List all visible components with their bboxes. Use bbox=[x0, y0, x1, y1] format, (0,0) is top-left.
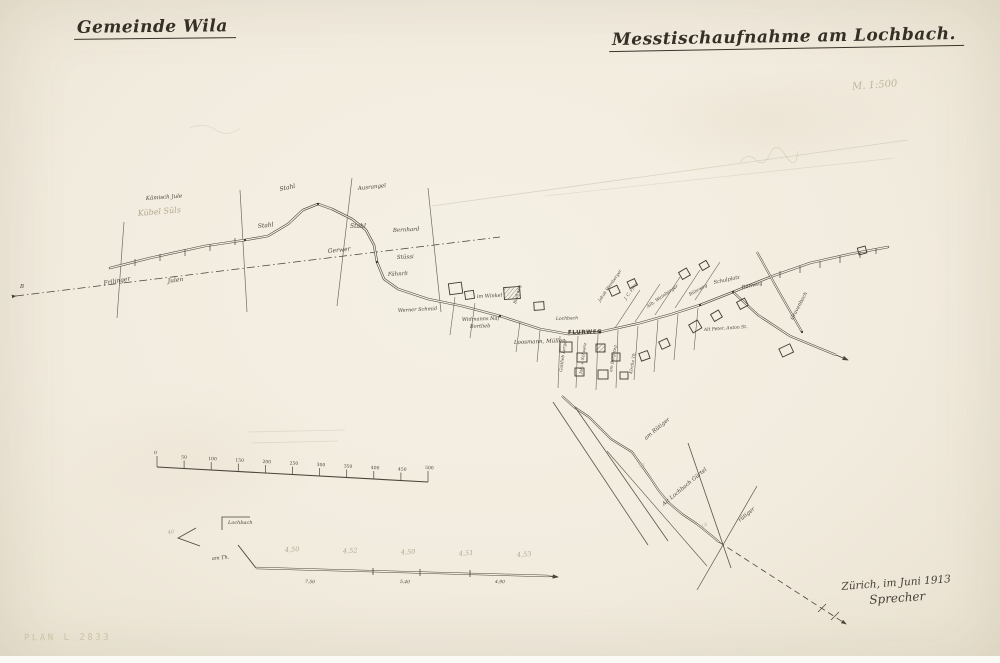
map-label: Gerwer bbox=[327, 246, 351, 255]
map-label: Stahl bbox=[279, 183, 296, 193]
map-label: am Bergsteg bbox=[608, 344, 618, 372]
map-label: 50 bbox=[181, 455, 187, 461]
map-label: 4,52 bbox=[342, 546, 358, 555]
map-label: 350 bbox=[344, 464, 353, 470]
map-label: Frilinger bbox=[102, 275, 132, 287]
map-label: 300 bbox=[316, 462, 325, 468]
map-label: Bortlieb bbox=[469, 323, 491, 330]
map-label: 7,50 bbox=[305, 579, 315, 585]
map-label: FLURWEG bbox=[568, 329, 602, 336]
map-label: Ausrangel bbox=[357, 183, 387, 192]
map-label: Stahl bbox=[257, 221, 274, 230]
map-label: Werner Schmid bbox=[398, 306, 437, 314]
map-label: 0 bbox=[154, 450, 157, 456]
map-label: Alb. Weinberger bbox=[645, 283, 680, 310]
map-label: J. C. Pfleg bbox=[622, 281, 639, 302]
map-label: 450 bbox=[398, 467, 407, 473]
map-label: 40 bbox=[166, 529, 175, 536]
map-label: Bernhard bbox=[392, 227, 420, 234]
road-station-ticks bbox=[135, 238, 876, 278]
map-label: Kämisch Jule bbox=[145, 193, 183, 202]
map-label: Gravenbach bbox=[789, 291, 809, 321]
map-label: am Th. bbox=[212, 554, 230, 562]
map-label: 500 bbox=[425, 465, 434, 471]
map-label: Fähnrli bbox=[387, 271, 408, 278]
pencil-construction-lines bbox=[190, 125, 908, 443]
map-label: Jakob Weinberger bbox=[596, 268, 623, 304]
map-label: Lochbach bbox=[555, 315, 578, 322]
main-road bbox=[110, 204, 888, 334]
map-drawing: 050100150200250300350400450500 4,504,524… bbox=[0, 0, 1000, 663]
map-label: 400 bbox=[371, 465, 380, 471]
map-label: 5,40 bbox=[400, 579, 410, 585]
map-label: 4,90 bbox=[494, 579, 505, 585]
map-label: Lochbach bbox=[227, 520, 253, 526]
map-label: 3,8 bbox=[700, 521, 708, 529]
map-label: 4,50 bbox=[400, 548, 416, 557]
map-label: 4,51 bbox=[458, 549, 474, 558]
branch-road bbox=[733, 292, 848, 360]
map-label: 150 bbox=[235, 458, 244, 464]
map-label: 200 bbox=[262, 459, 271, 465]
map-labels-layer: Kämisch JuleStahlStahlStahlGerwerJulenFr… bbox=[19, 183, 809, 529]
map-label: Stüssi bbox=[397, 254, 414, 261]
map-label: Stahl bbox=[350, 223, 366, 230]
map-label: 4,50 bbox=[284, 545, 300, 554]
map-label: Alt Peter, Anton St. bbox=[703, 324, 749, 333]
map-label: 4,53 bbox=[516, 550, 532, 559]
road-station-dots bbox=[244, 203, 803, 333]
profile-baseline: 4,504,524,504,514,53 7,505,404,90 bbox=[238, 545, 558, 585]
scale-bar: 050100150200250300350400450500 bbox=[154, 450, 434, 482]
map-label: Rütiweg bbox=[740, 281, 763, 291]
map-label: Loosmann, Müller bbox=[513, 338, 565, 346]
map-label: 250 bbox=[289, 461, 298, 467]
map-label: Jak. v. Schweiz bbox=[578, 342, 588, 376]
map-label: Julen bbox=[165, 276, 184, 285]
map-label: Schulplatz bbox=[713, 274, 741, 285]
archive-stamp: PLAN L 2833 bbox=[24, 633, 111, 644]
map-label: 100 bbox=[208, 456, 217, 462]
map-label: am Rütiger bbox=[643, 417, 671, 442]
paper-edge bbox=[0, 656, 1000, 663]
map-label: B bbox=[19, 284, 24, 290]
map-label: im Winkel bbox=[477, 293, 503, 300]
boundary-dashdot-line bbox=[16, 237, 500, 296]
map-label: Alt Lochbach Gürtel bbox=[661, 467, 709, 509]
map-label: Widmanns Näf bbox=[462, 316, 501, 323]
stream bbox=[562, 396, 846, 624]
survey-map-sheet: Gemeinde Wila Messtischaufnahme am Lochb… bbox=[0, 0, 1000, 663]
property-lines bbox=[450, 262, 720, 390]
map-label: Kübel Süls bbox=[136, 205, 181, 218]
